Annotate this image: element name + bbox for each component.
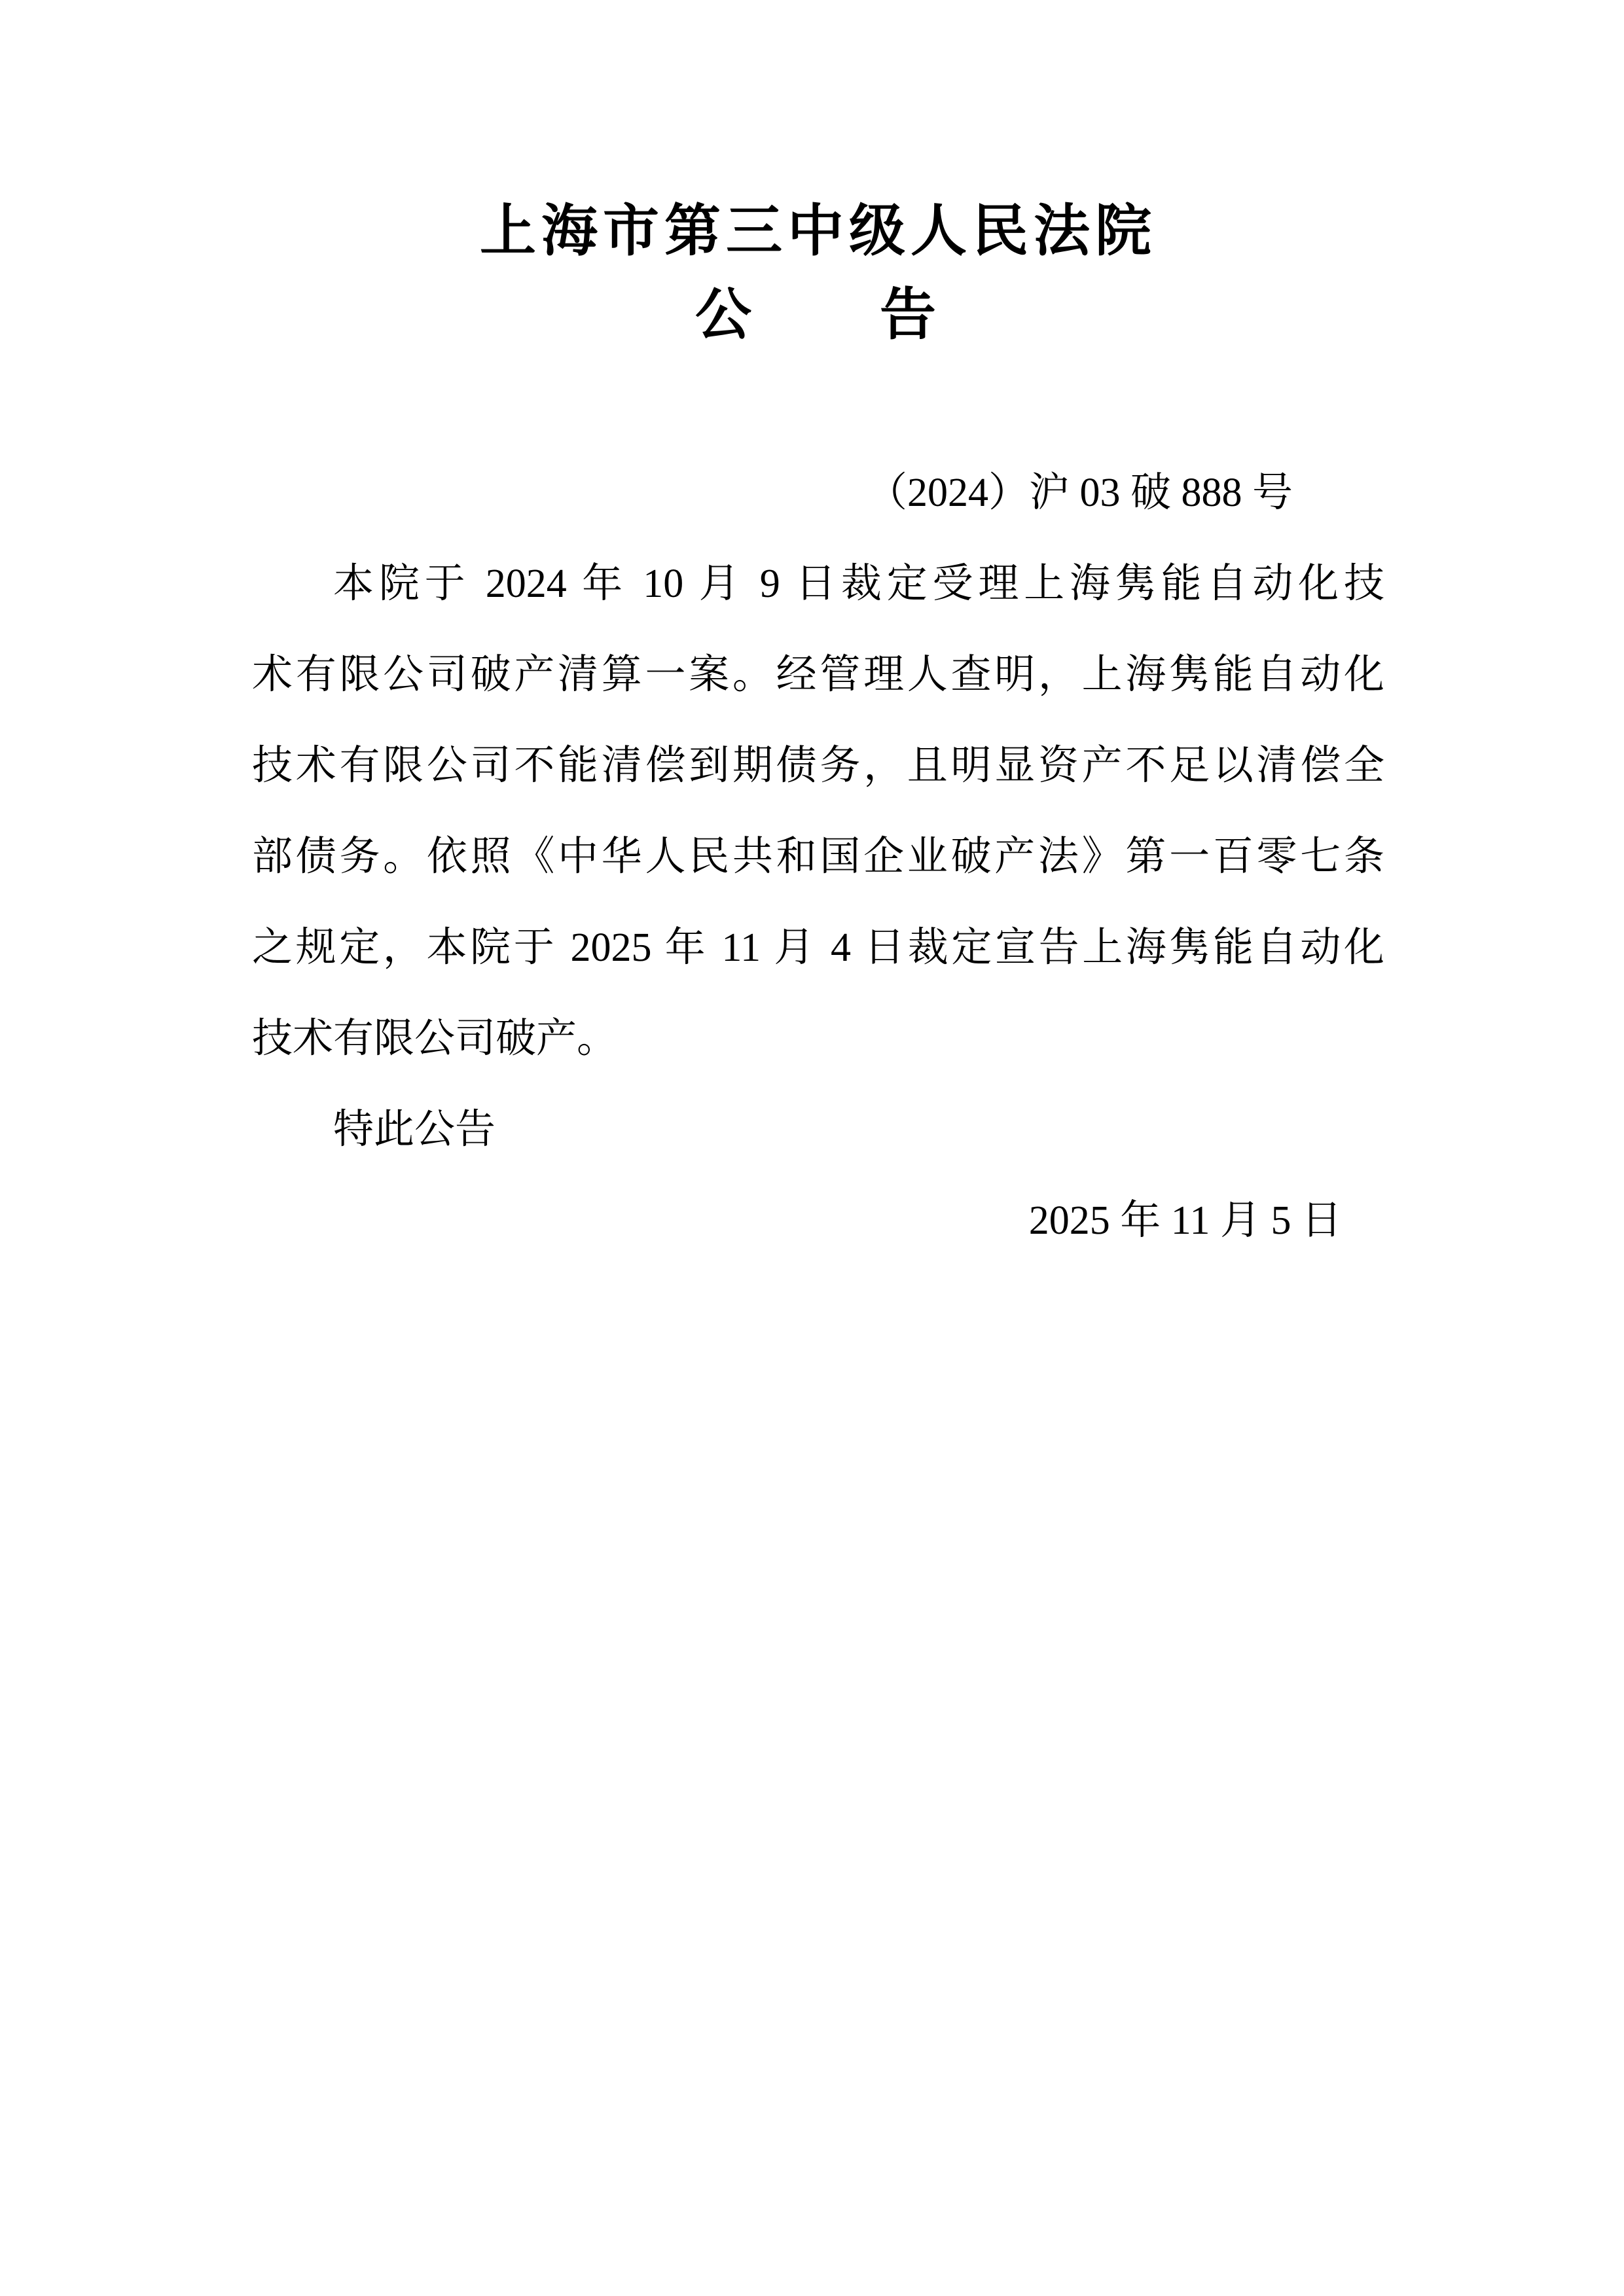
- body-paragraph: 本院于 2024 年 10 月 9 日裁定受理上海隽能自动化技 术有限公司破产清…: [252, 539, 1384, 1085]
- body-line: 之规定，本院于 2025 年 11 月 4 日裁定宣告上海隽能自动化: [252, 903, 1384, 994]
- court-name-title: 上海市第三中级人民法院: [252, 203, 1384, 259]
- announcement-page: 上海市第三中级人民法院 公 告 （2024）沪 03 破 888 号 本院于 2…: [0, 0, 1624, 2296]
- body-line: 技术有限公司破产。: [252, 994, 1384, 1085]
- case-number: （2024）沪 03 破 888 号: [252, 448, 1384, 539]
- body-line: 术有限公司破产清算一案。经管理人查明，上海隽能自动化: [252, 630, 1384, 721]
- closing-statement: 特此公告: [252, 1085, 1384, 1175]
- announcement-date: 2025 年 11 月 5 日: [252, 1175, 1384, 1266]
- body-line: 技术有限公司不能清偿到期债务，且明显资产不足以清偿全: [252, 721, 1384, 812]
- doc-type-title: 公 告: [252, 287, 1384, 343]
- body-line: 部债务。依照《中华人民共和国企业破产法》第一百零七条: [252, 812, 1384, 903]
- body-line: 本院于 2024 年 10 月 9 日裁定受理上海隽能自动化技: [252, 539, 1384, 630]
